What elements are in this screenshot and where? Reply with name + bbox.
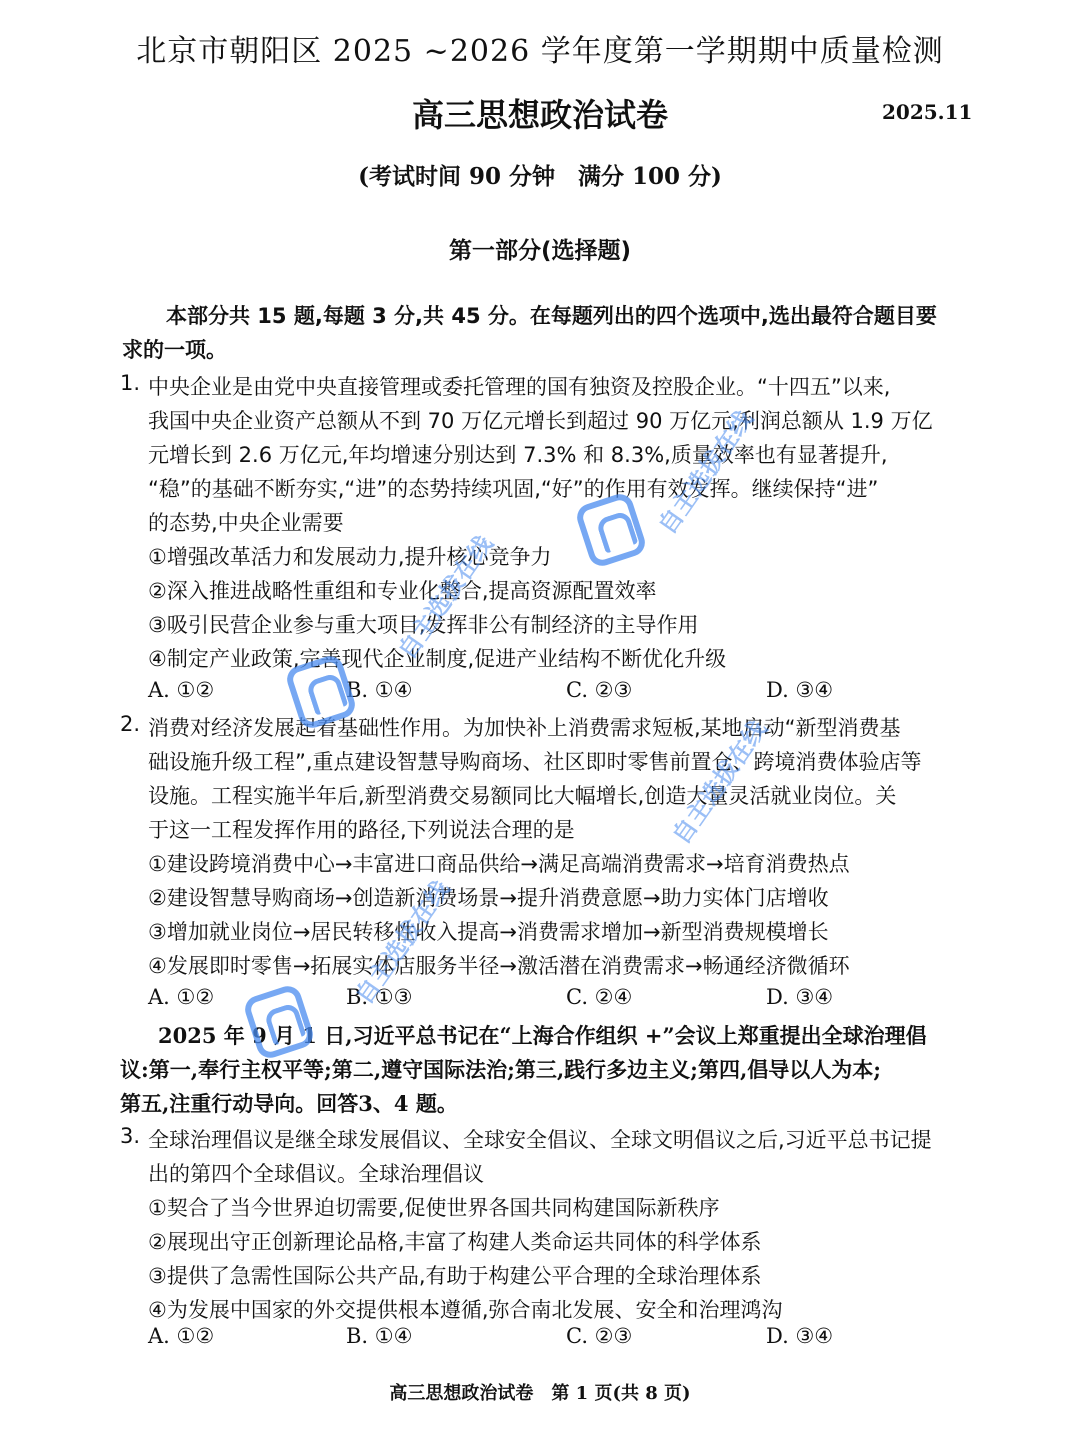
statement-item: ④发展即时零售→拓展实体店服务半径→激活潜在消费需求→畅通经济微循环 <box>148 950 850 980</box>
option-d: D. ③④ <box>766 985 833 1009</box>
statement-item: ③增加就业岗位→居民转移性收入提高→消费需求增加→新型消费规模增长 <box>148 916 829 946</box>
question-stem-line: 设施。工程实施半年后,新型消费交易额同比大幅增长,创造大量灵活就业岗位。关 <box>148 780 896 810</box>
question-number: 3. <box>120 1124 140 1148</box>
statement-item: ①建设跨境消费中心→丰富进口商品供给→满足高端消费需求→培育消费热点 <box>148 848 850 878</box>
statement-item: ④为发展中国家的外交提供根本遵循,弥合南北发展、安全和治理鸿沟 <box>148 1294 783 1324</box>
question-stem-line: 元增长到 2.6 万亿元,年均增速分别达到 7.3% 和 8.3%,质量效率也有… <box>148 439 888 469</box>
option-d: D. ③④ <box>766 678 833 702</box>
option-b: B. ①④ <box>346 678 412 702</box>
exam-date: 2025.11 <box>882 100 972 124</box>
statement-item: ④制定产业政策,完善现代企业制度,促进产业结构不断优化升级 <box>148 643 726 673</box>
option-a: A. ①② <box>148 985 214 1009</box>
option-d: D. ③④ <box>766 1324 833 1348</box>
question-stem-line: “稳”的基础不断夯实,“进”的态势持续巩固,“好”的作用有效发挥。继续保持“进” <box>148 473 878 503</box>
statement-item: ②展现出守正创新理论品格,丰富了构建人类命运共同体的科学体系 <box>148 1226 762 1256</box>
statement-item: ②建设智慧导购商场→创造新消费场景→提升消费意愿→助力实体门店增收 <box>148 882 829 912</box>
statement-item: ①契合了当今世界迫切需要,促使世界各国共同构建国际新秩序 <box>148 1192 720 1222</box>
question-stem-line: 全球治理倡议是继全球发展倡议、全球安全倡议、全球文明倡议之后,习近平总书记提 <box>148 1124 932 1154</box>
statement-item: ②深入推进战略性重组和专业化整合,提高资源配置效率 <box>148 575 657 605</box>
option-c: C. ②③ <box>566 1324 632 1348</box>
question-stem-line: 我国中央企业资产总额从不到 70 万亿元增长到超过 90 万亿元,利润总额从 1… <box>148 405 933 435</box>
material-line: 第五,注重行动导向。回答3、4 题。 <box>120 1088 458 1118</box>
option-a: A. ①② <box>148 1324 214 1348</box>
material-line: 议:第一,奉行主权平等;第二,遵守国际法治;第三,践行多边主义;第四,倡导以人为… <box>120 1054 881 1084</box>
question-number: 2. <box>120 712 140 736</box>
option-a: A. ①② <box>148 678 214 702</box>
question-stem-line: 出的第四个全球倡议。全球治理倡议 <box>148 1158 484 1188</box>
statement-item: ③提供了急需性国际公共产品,有助于构建公平合理的全球治理体系 <box>148 1260 762 1290</box>
page-footer: 高三思想政治试卷 第 1 页(共 8 页) <box>0 1379 1080 1405</box>
option-b: B. ①④ <box>346 1324 412 1348</box>
exam-subtitle: (考试时间 90 分钟 满分 100 分) <box>0 158 1080 191</box>
option-c: C. ②③ <box>566 678 632 702</box>
question-stem-line: 础设施升级工程”,重点建设智慧导购商场、社区即时零售前置仓、跨境消费体验店等 <box>148 746 922 776</box>
question-number: 1. <box>120 371 140 395</box>
part-heading: 第一部分(选择题) <box>0 232 1080 265</box>
instruction-line: 本部分共 15 题,每题 3 分,共 45 分。在每题列出的四个选项中,选出最符… <box>166 300 937 330</box>
question-stem-line: 的态势,中央企业需要 <box>148 507 344 537</box>
question-stem-line: 中央企业是由党中央直接管理或委托管理的国有独资及控股企业。“十四五”以来, <box>148 371 890 401</box>
question-stem-line: 于这一工程发挥作用的路径,下列说法合理的是 <box>148 814 575 844</box>
exam-title: 北京市朝阳区 2025 ~2026 学年度第一学期期中质量检测 <box>0 26 1080 70</box>
option-c: C. ②④ <box>566 985 632 1009</box>
question-stem-line: 消费对经济发展起着基础性作用。为加快补上消费需求短板,某地启动“新型消费基 <box>148 712 901 742</box>
instruction-line: 求的一项。 <box>122 334 227 364</box>
